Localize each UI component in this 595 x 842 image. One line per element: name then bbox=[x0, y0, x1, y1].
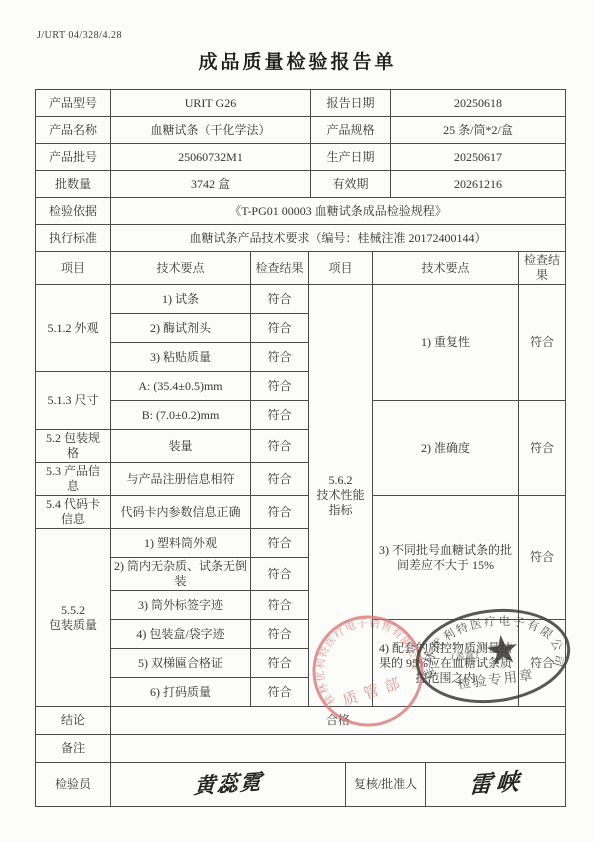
spec-point-cell: 4) 包装盒/袋字迹 bbox=[111, 620, 251, 649]
product-model-value: URIT G26 bbox=[111, 90, 311, 117]
product-name-value: 血糖试条（干化学法） bbox=[111, 117, 311, 144]
inspection-results-table: 项目 技术要点 检查结果 项目 技术要点 检查结果 5.1.2 外观 1) 试条… bbox=[35, 251, 566, 707]
batch-no-value: 25060732M1 bbox=[111, 144, 311, 171]
result-cell: 符合 bbox=[251, 430, 309, 463]
result-cell: 符合 bbox=[251, 496, 309, 529]
result-cell: 符合 bbox=[251, 529, 309, 558]
doc-code: J/URT 04/328/4.28 bbox=[37, 30, 122, 41]
product-name-label: 产品名称 bbox=[36, 117, 111, 144]
product-info-table: 产品型号 URIT G26 报告日期 20250618 产品名称 血糖试条（干化… bbox=[35, 89, 566, 252]
conclusion-label: 结论 bbox=[36, 707, 111, 735]
reviewer-signature-cell: 雷峡 bbox=[426, 763, 566, 807]
spec-point-cell: 1) 重复性 bbox=[373, 285, 519, 401]
result-cell: 符合 bbox=[251, 678, 309, 707]
report-date-label: 报告日期 bbox=[311, 90, 391, 117]
remarks-label: 备注 bbox=[36, 735, 111, 763]
production-date-label: 生产日期 bbox=[311, 144, 391, 171]
spec-point-cell: 2) 酶试剂头 bbox=[111, 314, 251, 343]
result-cell: 符合 bbox=[251, 463, 309, 496]
report-date-value: 20250618 bbox=[391, 90, 566, 117]
reviewer-signature: 雷峡 bbox=[468, 768, 524, 801]
spec-point-cell: 3) 粘贴质量 bbox=[111, 343, 251, 372]
result-cell: 符合 bbox=[251, 591, 309, 620]
batch-qty-label: 批数量 bbox=[36, 171, 111, 198]
product-spec-value: 25 条/筒*2/盒 bbox=[391, 117, 566, 144]
table-row: 5.1.2 外观 1) 试条 符合 5.6.2 技术性能 指标 1) 重复性 符… bbox=[36, 285, 566, 314]
reviewer-label: 复核/批准人 bbox=[346, 763, 426, 807]
report-body: 产品型号 URIT G26 报告日期 20250618 产品名称 血糖试条（干化… bbox=[35, 90, 565, 807]
section-product-info: 5.3 产品信 息 bbox=[36, 463, 111, 496]
table-row: 产品型号 URIT G26 报告日期 20250618 bbox=[36, 90, 566, 117]
section-packaging-spec: 5.2 包装规 格 bbox=[36, 430, 111, 463]
result-cell: 符合 bbox=[519, 285, 566, 401]
section-code-card: 5.4 代码卡 信息 bbox=[36, 496, 111, 529]
result-cell: 符合 bbox=[251, 649, 309, 678]
inspection-basis-label: 检验依据 bbox=[36, 198, 111, 225]
spec-point-cell: 3) 筒外标签字迹 bbox=[111, 591, 251, 620]
results-header-row: 项目 技术要点 检查结果 项目 技术要点 检查结果 bbox=[36, 252, 566, 285]
section-dimensions: 5.1.3 尺寸 bbox=[36, 372, 111, 430]
product-spec-label: 产品规格 bbox=[311, 117, 391, 144]
spec-point-cell: 代码卡内参数信息正确 bbox=[111, 496, 251, 529]
product-model-label: 产品型号 bbox=[36, 90, 111, 117]
table-row: 4) 包装盒/袋字迹 符合 4) 配套的质控物质测量结果的 95%应在血糖试条质… bbox=[36, 620, 566, 649]
col-header-item-left: 项目 bbox=[36, 252, 111, 285]
report-page: J/URT 04/328/4.28 成品质量检验报告单 产品型号 URIT G2… bbox=[0, 0, 595, 842]
inspector-signature-cell: 黄蕊霓 bbox=[111, 763, 346, 807]
table-row: 产品名称 血糖试条（干化学法） 产品规格 25 条/筒*2/盒 bbox=[36, 117, 566, 144]
signature-row: 检验员 黄蕊霓 复核/批准人 雷峡 bbox=[36, 763, 566, 807]
spec-point-cell: 5) 双梯匾合格证 bbox=[111, 649, 251, 678]
spec-point-cell: 2) 准确度 bbox=[373, 401, 519, 496]
spec-point-cell: B: (7.0±0.2)mm bbox=[111, 401, 251, 430]
batch-qty-value: 3742 盒 bbox=[111, 171, 311, 198]
spec-point-cell: 1) 试条 bbox=[111, 285, 251, 314]
standard-label: 执行标准 bbox=[36, 225, 111, 252]
inspector-signature: 黄蕊霓 bbox=[193, 769, 264, 800]
spec-point-cell: 4) 配套的质控物质测量结果的 95%应在血糖试条质控范围之内 bbox=[373, 620, 519, 707]
remarks-value bbox=[111, 735, 566, 763]
expiry-value: 20261216 bbox=[391, 171, 566, 198]
inspection-basis-value: 《T-PG01 00003 血糖试条成品检验规程》 bbox=[111, 198, 566, 225]
result-cell: 符合 bbox=[251, 620, 309, 649]
col-header-item-right: 项目 bbox=[309, 252, 373, 285]
spec-point-cell: 装量 bbox=[111, 430, 251, 463]
col-header-point-left: 技术要点 bbox=[111, 252, 251, 285]
conclusion-table: 结论 合格 备注 检验员 黄蕊霓 复核/批准人 雷峡 bbox=[35, 706, 566, 807]
conclusion-value: 合格 bbox=[111, 707, 566, 735]
result-cell: 符合 bbox=[251, 343, 309, 372]
page-title: 成品质量检验报告单 bbox=[0, 47, 595, 74]
table-row: 执行标准 血糖试条产品技术要求（编号：桂械注准 20172400144） bbox=[36, 225, 566, 252]
expiry-label: 有效期 bbox=[311, 171, 391, 198]
section-packaging-quality: 5.5.2 包装质量 bbox=[36, 529, 111, 707]
result-cell: 符合 bbox=[251, 285, 309, 314]
production-date-value: 20250617 bbox=[391, 144, 566, 171]
section-performance: 5.6.2 技术性能 指标 bbox=[309, 285, 373, 707]
table-row: B: (7.0±0.2)mm 符合 2) 准确度 符合 bbox=[36, 401, 566, 430]
table-row: 备注 bbox=[36, 735, 566, 763]
col-header-point-right: 技术要点 bbox=[373, 252, 519, 285]
result-cell: 符合 bbox=[519, 496, 566, 620]
result-cell: 符合 bbox=[519, 620, 566, 707]
table-row: 5.4 代码卡 信息 代码卡内参数信息正确 符合 3) 不同批号血糖试条的批间差… bbox=[36, 496, 566, 529]
col-header-result-right: 检查结果 bbox=[519, 252, 566, 285]
result-cell: 符合 bbox=[251, 314, 309, 343]
result-cell: 符合 bbox=[251, 558, 309, 591]
result-cell: 符合 bbox=[251, 372, 309, 401]
inspector-label: 检验员 bbox=[36, 763, 111, 807]
standard-value: 血糖试条产品技术要求（编号：桂械注准 20172400144） bbox=[111, 225, 566, 252]
table-row: 结论 合格 bbox=[36, 707, 566, 735]
spec-point-cell: 与产品注册信息相符 bbox=[111, 463, 251, 496]
spec-point-cell: 3) 不同批号血糖试条的批间差应不大于 15% bbox=[373, 496, 519, 620]
result-cell: 符合 bbox=[251, 401, 309, 430]
table-row: 批数量 3742 盒 有效期 20261216 bbox=[36, 171, 566, 198]
table-row: 产品批号 25060732M1 生产日期 20250617 bbox=[36, 144, 566, 171]
section-appearance: 5.1.2 外观 bbox=[36, 285, 111, 372]
col-header-result-left: 检查结果 bbox=[251, 252, 309, 285]
batch-no-label: 产品批号 bbox=[36, 144, 111, 171]
spec-point-cell: 1) 塑料筒外观 bbox=[111, 529, 251, 558]
table-row: 检验依据 《T-PG01 00003 血糖试条成品检验规程》 bbox=[36, 198, 566, 225]
spec-point-cell: 6) 打码质量 bbox=[111, 678, 251, 707]
result-cell: 符合 bbox=[519, 401, 566, 496]
spec-point-cell: A: (35.4±0.5)mm bbox=[111, 372, 251, 401]
spec-point-cell: 2) 筒内无杂质、试条无倒装 bbox=[111, 558, 251, 591]
